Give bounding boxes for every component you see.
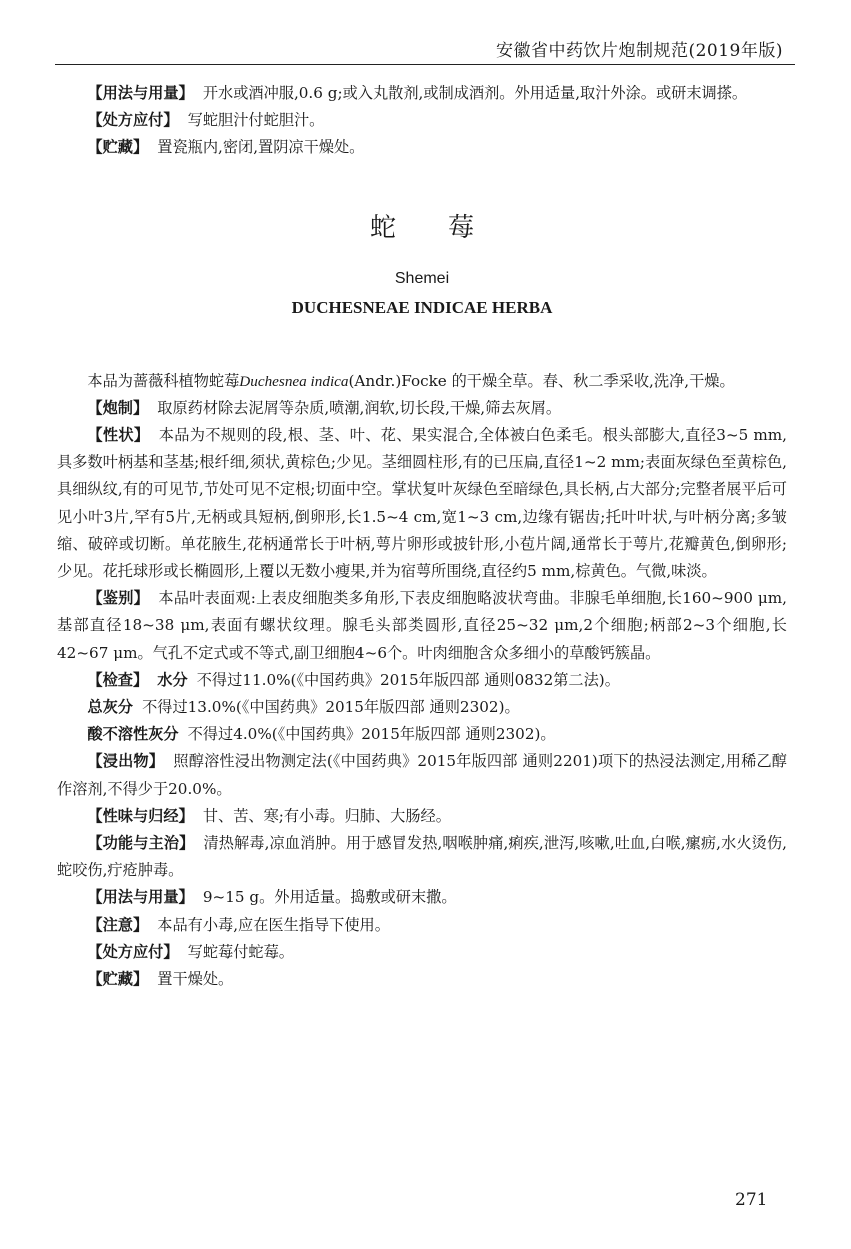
usage-paragraph: 【用法与用量】9~15 g。外用适量。捣敷或研末撒。 xyxy=(57,884,787,911)
section-tag: 【处方应付】 xyxy=(87,943,178,961)
entry-pinyin: Shemei xyxy=(57,268,787,290)
section-tag: 【贮藏】 xyxy=(87,970,148,988)
section-text: 写蛇莓付蛇莓。 xyxy=(188,943,294,961)
section-tag: 【性味与归经】 xyxy=(87,807,193,825)
extract-paragraph: 【浸出物】照醇溶性浸出物测定法(《中国药典》2015年版四部 通则2201)项下… xyxy=(57,748,787,802)
inspection-paragraph: 酸不溶性灰分不得过4.0%(《中国药典》2015年版四部 通则2302)。 xyxy=(57,721,787,748)
section-text: 甘、苦、寒;有小毒。归肺、大肠经。 xyxy=(203,807,451,825)
page-content: 【用法与用量】开水或酒冲服,0.6 g;或入丸散剂,或制成酒剂。外用适量,取汁外… xyxy=(57,80,787,993)
section-text: 开水或酒冲服,0.6 g;或入丸散剂,或制成酒剂。外用适量,取汁外涂。或研末调搽… xyxy=(203,84,747,102)
entry-title-block: 蛇莓 Shemei DUCHESNEAE INDICAE HERBA xyxy=(57,208,787,320)
section-tag: 【浸出物】 xyxy=(87,752,164,770)
intro-text: (Andr.)Focke 的干燥全草。春、秋二季采收,洗净,干燥。 xyxy=(349,372,735,390)
processing-paragraph: 【炮制】取原药材除去泥屑等杂质,喷潮,润软,切长段,干燥,筛去灰屑。 xyxy=(57,395,787,422)
section-text: 置干燥处。 xyxy=(157,970,233,988)
entry-latin-name: DUCHESNEAE INDICAE HERBA xyxy=(57,296,787,320)
section-text: 照醇溶性浸出物测定法(《中国药典》2015年版四部 通则2201)项下的热浸法测… xyxy=(57,752,787,797)
identification-paragraph: 【鉴别】本品叶表面观:上表皮细胞类多角形,下表皮细胞略波状弯曲。非腺毛单细胞,长… xyxy=(57,585,787,667)
section-tag: 【用法与用量】 xyxy=(87,888,193,906)
section-tag: 【功能与主治】 xyxy=(87,834,194,852)
inspection-label: 水分 xyxy=(157,671,187,689)
section-text: 不得过4.0%(《中国药典》2015年版四部 通则2302)。 xyxy=(188,725,556,743)
section-tag: 【检查】 xyxy=(87,671,148,689)
inspection-paragraph: 【检查】水分不得过11.0%(《中国药典》2015年版四部 通则0832第二法)… xyxy=(57,667,787,694)
section-text: 置瓷瓶内,密闭,置阴凉干燥处。 xyxy=(157,138,364,156)
intro-paragraph: 本品为蔷薇科植物蛇莓Duchesnea indica(Andr.)Focke 的… xyxy=(57,368,787,395)
section-text: 本品为不规则的段,根、茎、叶、花、果实混合,全体被白色柔毛。根头部膨大,直径3~… xyxy=(57,426,787,580)
species-name: Duchesnea indica xyxy=(239,373,348,390)
inspection-label: 总灰分 xyxy=(87,698,133,716)
book-title: 安徽省中药饮片炮制规范(2019年版) xyxy=(496,36,783,61)
function-paragraph: 【功能与主治】清热解毒,凉血消肿。用于感冒发热,咽喉肿痛,痢疾,泄泻,咳嗽,吐血… xyxy=(57,830,787,884)
nature-paragraph: 【性味与归经】甘、苦、寒;有小毒。归肺、大肠经。 xyxy=(57,803,787,830)
prev-usage-paragraph: 【用法与用量】开水或酒冲服,0.6 g;或入丸散剂,或制成酒剂。外用适量,取汁外… xyxy=(57,80,787,107)
section-tag: 【炮制】 xyxy=(87,399,148,417)
inspection-label: 酸不溶性灰分 xyxy=(87,725,178,743)
section-tag: 【处方应付】 xyxy=(87,111,178,129)
prev-storage-paragraph: 【贮藏】置瓷瓶内,密闭,置阴凉干燥处。 xyxy=(57,134,787,161)
section-text: 写蛇胆汁付蛇胆汁。 xyxy=(188,111,325,129)
page-number: 271 xyxy=(735,1190,767,1210)
intro-text: 本品为蔷薇科植物蛇莓 xyxy=(87,372,239,390)
section-text: 不得过13.0%(《中国药典》2015年版四部 通则2302)。 xyxy=(142,698,520,716)
section-text: 本品有小毒,应在医生指导下使用。 xyxy=(157,916,390,934)
section-text: 本品叶表面观:上表皮细胞类多角形,下表皮细胞略波状弯曲。非腺毛单细胞,长160~… xyxy=(57,589,787,661)
section-text: 9~15 g。外用适量。捣敷或研末撒。 xyxy=(203,888,457,906)
section-tag: 【注意】 xyxy=(87,916,148,934)
section-tag: 【用法与用量】 xyxy=(87,84,193,102)
section-text: 不得过11.0%(《中国药典》2015年版四部 通则0832第二法)。 xyxy=(197,671,620,689)
entry-title: 蛇莓 xyxy=(57,208,787,248)
prescription-paragraph: 【处方应付】写蛇莓付蛇莓。 xyxy=(57,939,787,966)
section-text: 取原药材除去泥屑等杂质,喷潮,润软,切长段,干燥,筛去灰屑。 xyxy=(157,399,561,417)
caution-paragraph: 【注意】本品有小毒,应在医生指导下使用。 xyxy=(57,912,787,939)
section-tag: 【性状】 xyxy=(87,426,149,444)
inspection-paragraph: 总灰分不得过13.0%(《中国药典》2015年版四部 通则2302)。 xyxy=(57,694,787,721)
storage-paragraph: 【贮藏】置干燥处。 xyxy=(57,966,787,993)
running-header: 安徽省中药饮片炮制规范(2019年版) xyxy=(55,30,795,65)
prev-prescription-paragraph: 【处方应付】写蛇胆汁付蛇胆汁。 xyxy=(57,107,787,134)
section-tag: 【鉴别】 xyxy=(87,589,149,607)
section-tag: 【贮藏】 xyxy=(87,138,148,156)
description-paragraph: 【性状】本品为不规则的段,根、茎、叶、花、果实混合,全体被白色柔毛。根头部膨大,… xyxy=(57,422,787,585)
